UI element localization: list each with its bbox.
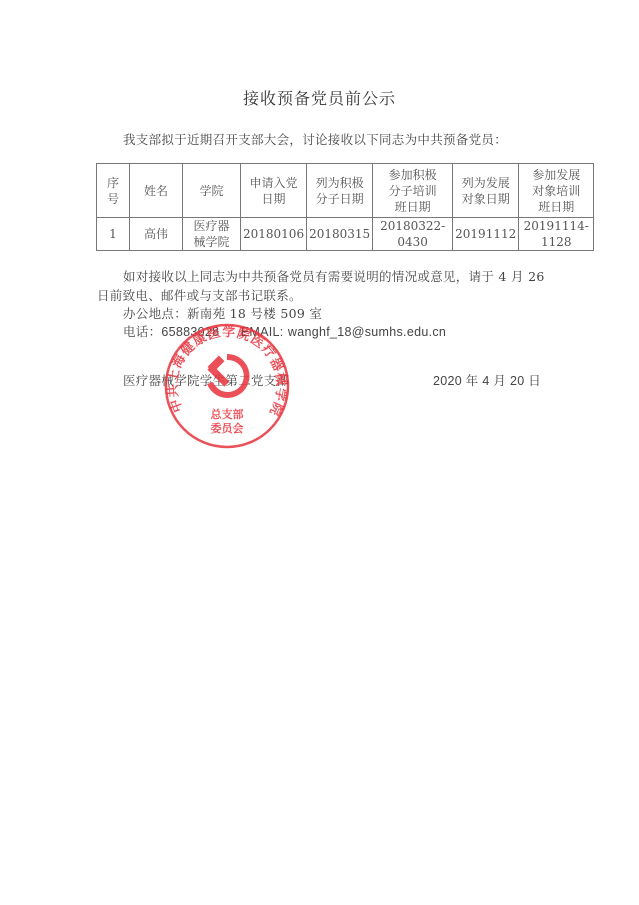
cell-college: 医疗器械学院 [183,218,241,251]
cell-activist-training: 20180322-0430 [373,218,453,251]
header-candidate-date: 列为发展对象日期 [453,164,519,218]
party-seal-stamp-icon: 中共上海健康医学院医疗器械学院 总支部 委员会 [163,322,291,450]
header-name: 姓名 [130,164,183,218]
cell-name: 高伟 [130,218,183,251]
cell-index: 1 [97,218,130,251]
date: 2020 年 4 月 20 日 [433,371,541,389]
header-activist-date: 列为积极分子日期 [307,164,373,218]
candidate-table: 序号 姓名 学院 申请入党日期 列为积极分子日期 参加积极分子培训班日期 列为发… [96,163,594,251]
document-title: 接收预备党员前公示 [0,86,639,109]
office-address: 办公地点：新南苑 18 号楼 509 室 [123,304,322,322]
table-row: 1 高伟 医疗器械学院 20180106 20180315 20180322-0… [97,218,594,251]
hammer-sickle-icon [207,354,249,398]
header-index: 序号 [97,164,130,218]
header-activist-training: 参加积极分子培训班日期 [373,164,453,218]
notice-line-1: 如对接收以上同志为中共预备党员有需要说明的情况或意见，请于 4 月 26 [123,267,545,285]
header-college: 学院 [183,164,241,218]
svg-text:中共上海健康医学院医疗器械学院: 中共上海健康医学院医疗器械学院 [165,324,290,419]
email-address: wanghf_18@sumhs.edu.cn [288,325,446,339]
cell-apply-date: 20180106 [241,218,307,251]
svg-text:委员会: 委员会 [211,421,244,435]
cell-candidate-training: 20191114-1128 [519,218,594,251]
table-header-row: 序号 姓名 学院 申请入党日期 列为积极分子日期 参加积极分子培训班日期 列为发… [97,164,594,218]
svg-text:总支部: 总支部 [211,407,244,421]
header-apply-date: 申请入党日期 [241,164,307,218]
cell-candidate-date: 20191112 [453,218,519,251]
notice-line-2: 日前致电、邮件或与支部书记联系。 [97,286,302,304]
cell-activist-date: 20180315 [307,218,373,251]
intro-text: 我支部拟于近期召开支部大会，讨论接收以下同志为中共预备党员： [123,130,507,148]
phone-label: 电话： [123,324,161,339]
header-candidate-training: 参加发展对象培训班日期 [519,164,594,218]
